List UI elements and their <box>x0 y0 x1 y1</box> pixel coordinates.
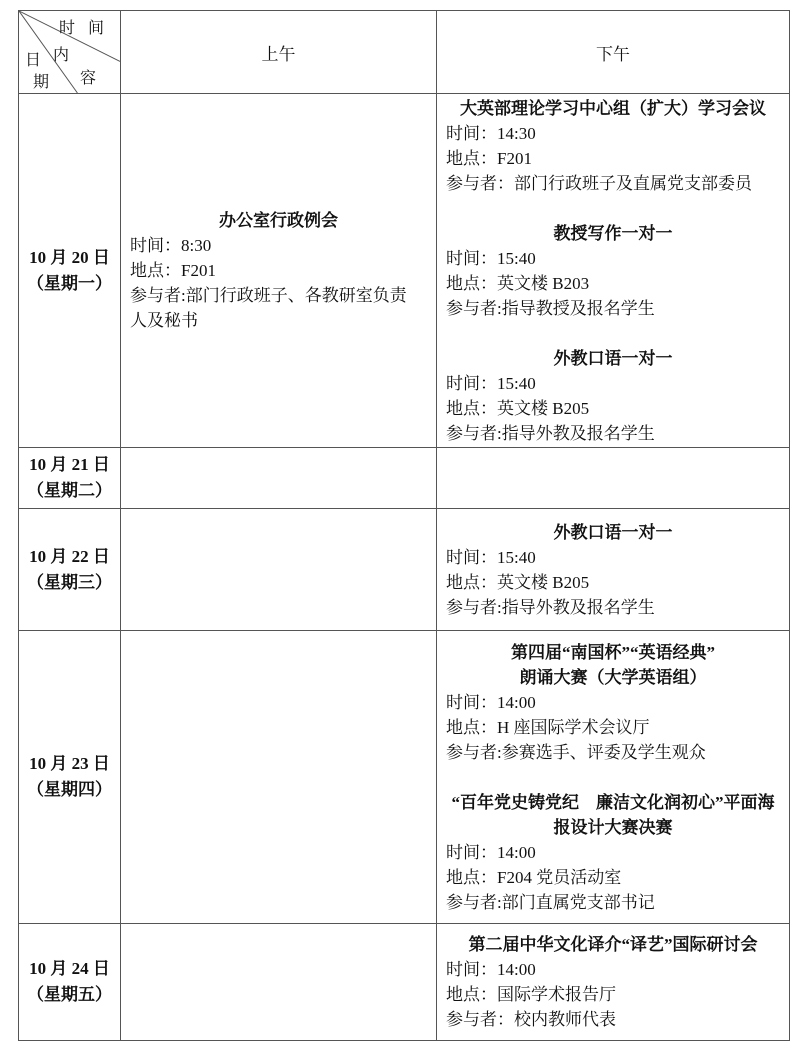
event-detail-line: 时间：15:40 <box>446 371 780 396</box>
date-cell: 10 月 21 日（星期二） <box>19 448 121 509</box>
event-title: 外教口语一对一 <box>446 346 780 371</box>
date-cell: 10 月 22 日（星期三） <box>19 509 121 631</box>
afternoon-cell: 第二届中华文化译介“译艺”国际研讨会时间：14:00地点：国际学术报告厅参与者：… <box>437 924 790 1041</box>
date-text: 10 月 21 日 <box>29 452 110 478</box>
event-detail-line: 时间：14:00 <box>446 840 780 865</box>
event-detail-line: 参与者:部门直属党支部书记 <box>446 890 780 915</box>
column-header-morning: 上午 <box>121 11 437 94</box>
event-block: 办公室行政例会时间：8:30地点：F201参与者:部门行政班子、各教研室负责人及… <box>130 208 427 333</box>
event-detail-line: 时间：15:40 <box>446 246 780 271</box>
event-detail-line: 时间：15:40 <box>446 545 780 570</box>
event-detail-line: 参与者:指导外教及报名学生 <box>446 595 780 620</box>
event-detail-line: 地点：英文楼 B203 <box>446 271 780 296</box>
event-detail-line: 地点：国际学术报告厅 <box>446 982 780 1007</box>
date-cell: 10 月 20 日（星期一） <box>19 94 121 448</box>
weekday-text: （星期三） <box>27 570 112 596</box>
event-detail-line: 地点：H 座国际学术会议厅 <box>446 715 780 740</box>
event-detail-line: 地点：英文楼 B205 <box>446 570 780 595</box>
event-detail-line: 参与者:指导外教及报名学生 <box>446 421 780 446</box>
event-block: 大英部理论学习中心组（扩大）学习会议时间：14:30地点：F201参与者：部门行… <box>446 96 780 196</box>
date-text: 10 月 23 日 <box>29 751 110 777</box>
weekday-text: （星期二） <box>27 478 112 504</box>
event-block: 外教口语一对一时间：15:40地点：英文楼 B205参与者:指导外教及报名学生 <box>446 520 780 620</box>
event-detail-line: 地点：F204 党员活动室 <box>446 865 780 890</box>
event-detail-line: 参与者:参赛选手、评委及学生观众 <box>446 740 780 765</box>
morning-cell <box>121 448 437 509</box>
afternoon-cell: 第四届“南国杯”“英语经典”朗诵大赛（大学英语组）时间：14:00地点：H 座国… <box>437 631 790 924</box>
event-title: 报设计大赛决赛 <box>446 815 780 840</box>
date-text: 10 月 20 日 <box>29 245 110 271</box>
event-detail-line: 时间：14:00 <box>446 957 780 982</box>
event-title: 第四届“南国杯”“英语经典” <box>446 640 780 665</box>
morning-cell <box>121 924 437 1041</box>
event-block: 第二届中华文化译介“译艺”国际研讨会时间：14:00地点：国际学术报告厅参与者：… <box>446 932 780 1032</box>
event-detail-line: 时间：8:30 <box>130 233 427 258</box>
event-title: “百年党史铸党纪 廉洁文化润初心”平面海 <box>446 790 780 815</box>
event-block: 第四届“南国杯”“英语经典”朗诵大赛（大学英语组）时间：14:00地点：H 座国… <box>446 640 780 765</box>
morning-cell: 办公室行政例会时间：8:30地点：F201参与者:部门行政班子、各教研室负责人及… <box>121 94 437 448</box>
event-title: 朗诵大赛（大学英语组） <box>446 665 780 690</box>
corner-label-date-char1: 日 <box>25 47 41 70</box>
afternoon-cell: 外教口语一对一时间：15:40地点：英文楼 B205参与者:指导外教及报名学生 <box>437 509 790 631</box>
event-block: 教授写作一对一时间：15:40地点：英文楼 B203参与者:指导教授及报名学生 <box>446 221 780 321</box>
event-block: 外教口语一对一时间：15:40地点：英文楼 B205参与者:指导外教及报名学生 <box>446 346 780 446</box>
event-detail-line: 地点：英文楼 B205 <box>446 396 780 421</box>
event-detail-line: 人及秘书 <box>130 308 427 333</box>
event-detail-line: 地点：F201 <box>130 258 427 283</box>
date-cell: 10 月 23 日（星期四） <box>19 631 121 924</box>
weekday-text: （星期一） <box>27 271 112 297</box>
corner-label-content-char1: 内 <box>53 42 69 65</box>
event-title: 教授写作一对一 <box>446 221 780 246</box>
column-header-afternoon: 下午 <box>437 11 790 94</box>
weekday-text: （星期五） <box>27 982 112 1008</box>
weekday-text: （星期四） <box>27 777 112 803</box>
event-detail-line: 参与者：部门行政班子及直属党支部委员 <box>446 171 780 196</box>
afternoon-cell <box>437 448 790 509</box>
event-title: 办公室行政例会 <box>130 208 427 233</box>
date-text: 10 月 22 日 <box>29 544 110 570</box>
event-detail-line: 参与者:部门行政班子、各教研室负责 <box>130 283 427 308</box>
date-text: 10 月 24 日 <box>29 956 110 982</box>
event-detail-line: 地点：F201 <box>446 146 780 171</box>
event-title: 外教口语一对一 <box>446 520 780 545</box>
event-detail-line: 时间：14:00 <box>446 690 780 715</box>
event-title: 第二届中华文化译介“译艺”国际研讨会 <box>446 932 780 957</box>
date-cell: 10 月 24 日（星期五） <box>19 924 121 1041</box>
corner-label-content-char2: 容 <box>80 65 96 88</box>
event-block: “百年党史铸党纪 廉洁文化润初心”平面海报设计大赛决赛时间：14:00地点：F2… <box>446 790 780 915</box>
schedule-table: 时间 内 容 日 期 上午 下午 10 月 20 日（星期一）办公室行政例会时间… <box>18 10 790 1041</box>
afternoon-cell: 大英部理论学习中心组（扩大）学习会议时间：14:30地点：F201参与者：部门行… <box>437 94 790 448</box>
morning-cell <box>121 509 437 631</box>
event-detail-line: 时间：14:30 <box>446 121 780 146</box>
event-detail-line: 参与者:指导教授及报名学生 <box>446 296 780 321</box>
event-title: 大英部理论学习中心组（扩大）学习会议 <box>446 96 780 121</box>
morning-cell <box>121 631 437 924</box>
corner-header-cell: 时间 内 容 日 期 <box>19 11 121 94</box>
event-detail-line: 参与者：校内教师代表 <box>446 1007 780 1032</box>
corner-label-date-char2: 期 <box>33 69 49 92</box>
corner-label-time: 时间 <box>59 15 117 38</box>
